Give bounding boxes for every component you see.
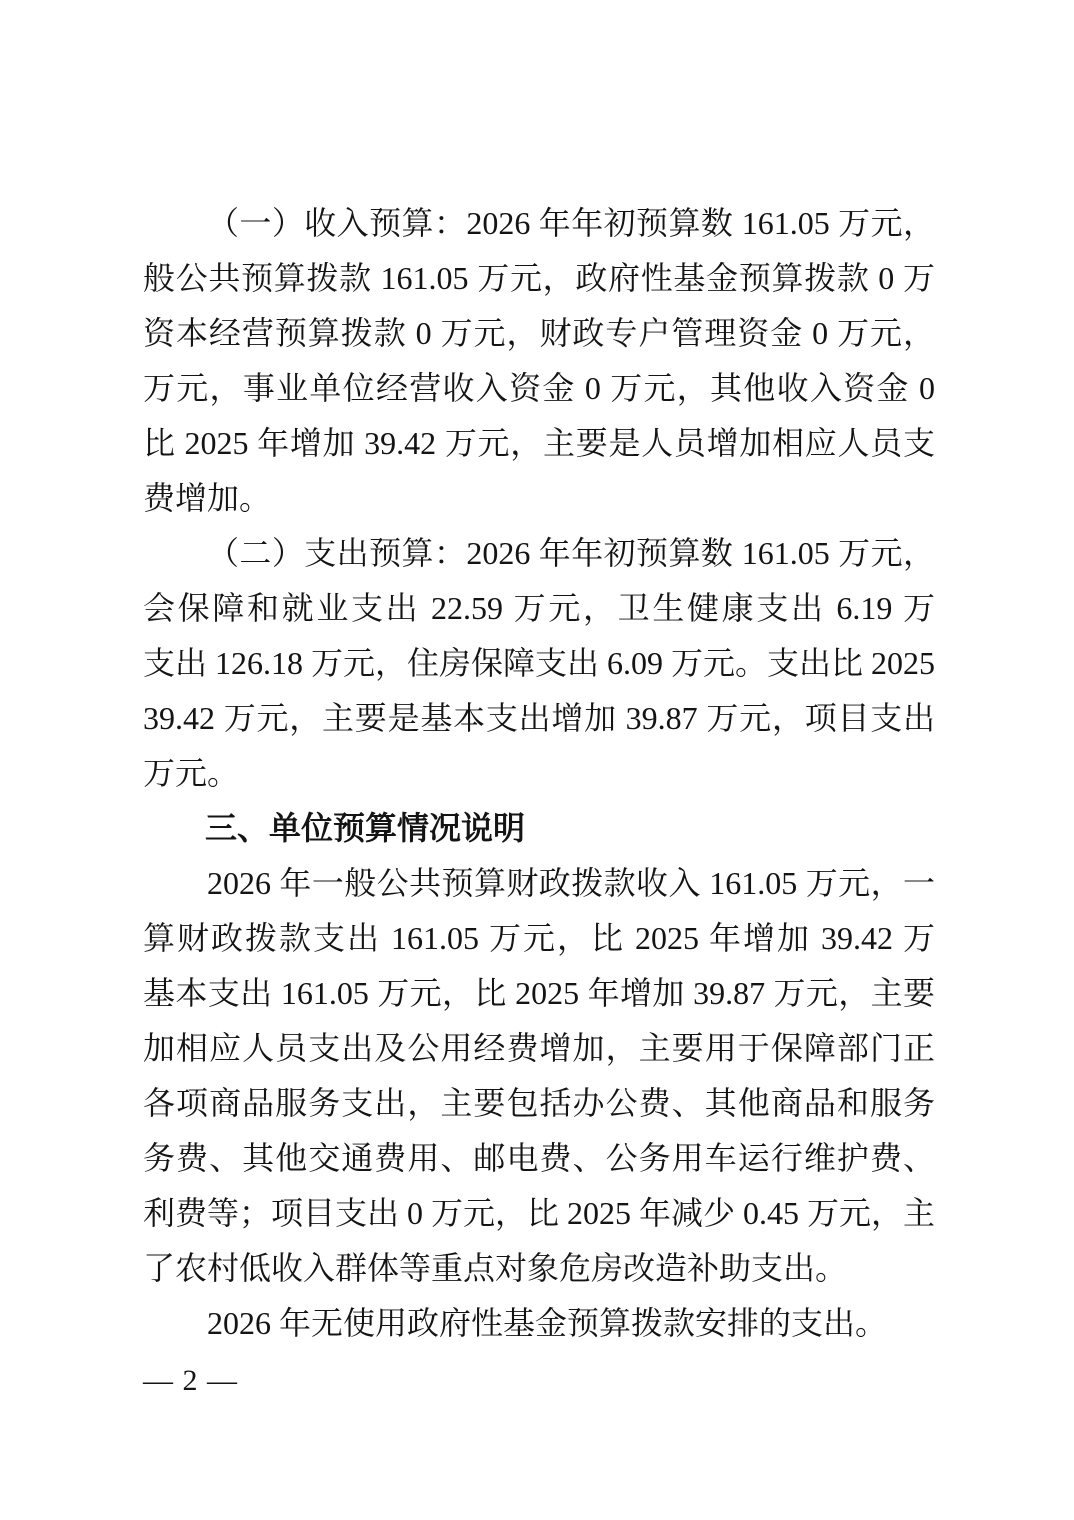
text-line: 比 2025 年增加 39.42 万元，主要是人员增加相应人员支出及公用经 [143, 416, 935, 471]
text-line: （二）支出预算：2026 年年初预算数 161.05 万元，其中：社 [143, 526, 935, 581]
text-line: 加相应人员支出及公用经费增加，主要用于保障部门正常运转的 [143, 1021, 935, 1076]
text-line: 2026 年一般公共预算财政拨款收入 161.05 万元，一般公共预 [143, 856, 935, 911]
paragraph: （二）支出预算：2026 年年初预算数 161.05 万元，其中：社会保障和就业… [143, 526, 935, 801]
text-line: 支出 126.18 万元，住房保障支出 6.09 万元。支出比 2025 年增加 [143, 636, 935, 691]
text-line: 会保障和就业支出 22.59 万元，卫生健康支出 6.19 万元，城乡社区 [143, 581, 935, 636]
page-number: — 2 — [143, 1364, 238, 1397]
document-page: （一）收入预算：2026 年年初预算数 161.05 万元，其中：一般公共预算拨… [0, 0, 1074, 1520]
text-line: 基本支出 161.05 万元，比 2025 年增加 39.87 万元，主要是人员… [143, 966, 935, 1021]
text-line: 39.42 万元，主要是基本支出增加 39.87 万元，项目支出减少 0.45 [143, 691, 935, 746]
paragraph: 2026 年无使用政府性基金预算拨款安排的支出。 [143, 1296, 935, 1351]
text-line: 万元。 [143, 746, 935, 801]
text-line: （一）收入预算：2026 年年初预算数 161.05 万元，其中：一 [143, 196, 935, 251]
text-line: 般公共预算拨款 161.05 万元，政府性基金预算拨款 0 万元，国有 [143, 251, 935, 306]
text-line: 2026 年无使用政府性基金预算拨款安排的支出。 [143, 1296, 935, 1351]
page-footer: — 2 — [143, 1364, 238, 1398]
section-heading: 三、单位预算情况说明 [143, 801, 935, 856]
text-line: 算财政拨款支出 161.05 万元，比 2025 年增加 39.42 万元。其中… [143, 911, 935, 966]
paragraph: 2026 年一般公共预算财政拨款收入 161.05 万元，一般公共预算财政拨款支… [143, 856, 935, 1296]
text-line: 务费、其他交通费用、邮电费、公务用车运行维护费、电费、福 [143, 1131, 935, 1186]
text-line: 各项商品服务支出，主要包括办公费、其他商品和服务支出、劳 [143, 1076, 935, 1131]
text-line: 了农村低收入群体等重点对象危房改造补助支出。 [143, 1241, 935, 1296]
text-line: 万元，事业单位经营收入资金 0 万元，其他收入资金 0 万元。收入 [143, 361, 935, 416]
text-line: 资本经营预算拨款 0 万元，财政专户管理资金 0 万元，事业收入 0 [143, 306, 935, 361]
document-body: （一）收入预算：2026 年年初预算数 161.05 万元，其中：一般公共预算拨… [143, 196, 935, 1351]
paragraph: （一）收入预算：2026 年年初预算数 161.05 万元，其中：一般公共预算拨… [143, 196, 935, 526]
text-line: 利费等；项目支出 0 万元，比 2025 年减少 0.45 万元，主要是减少 [143, 1186, 935, 1241]
text-line: 费增加。 [143, 471, 935, 526]
